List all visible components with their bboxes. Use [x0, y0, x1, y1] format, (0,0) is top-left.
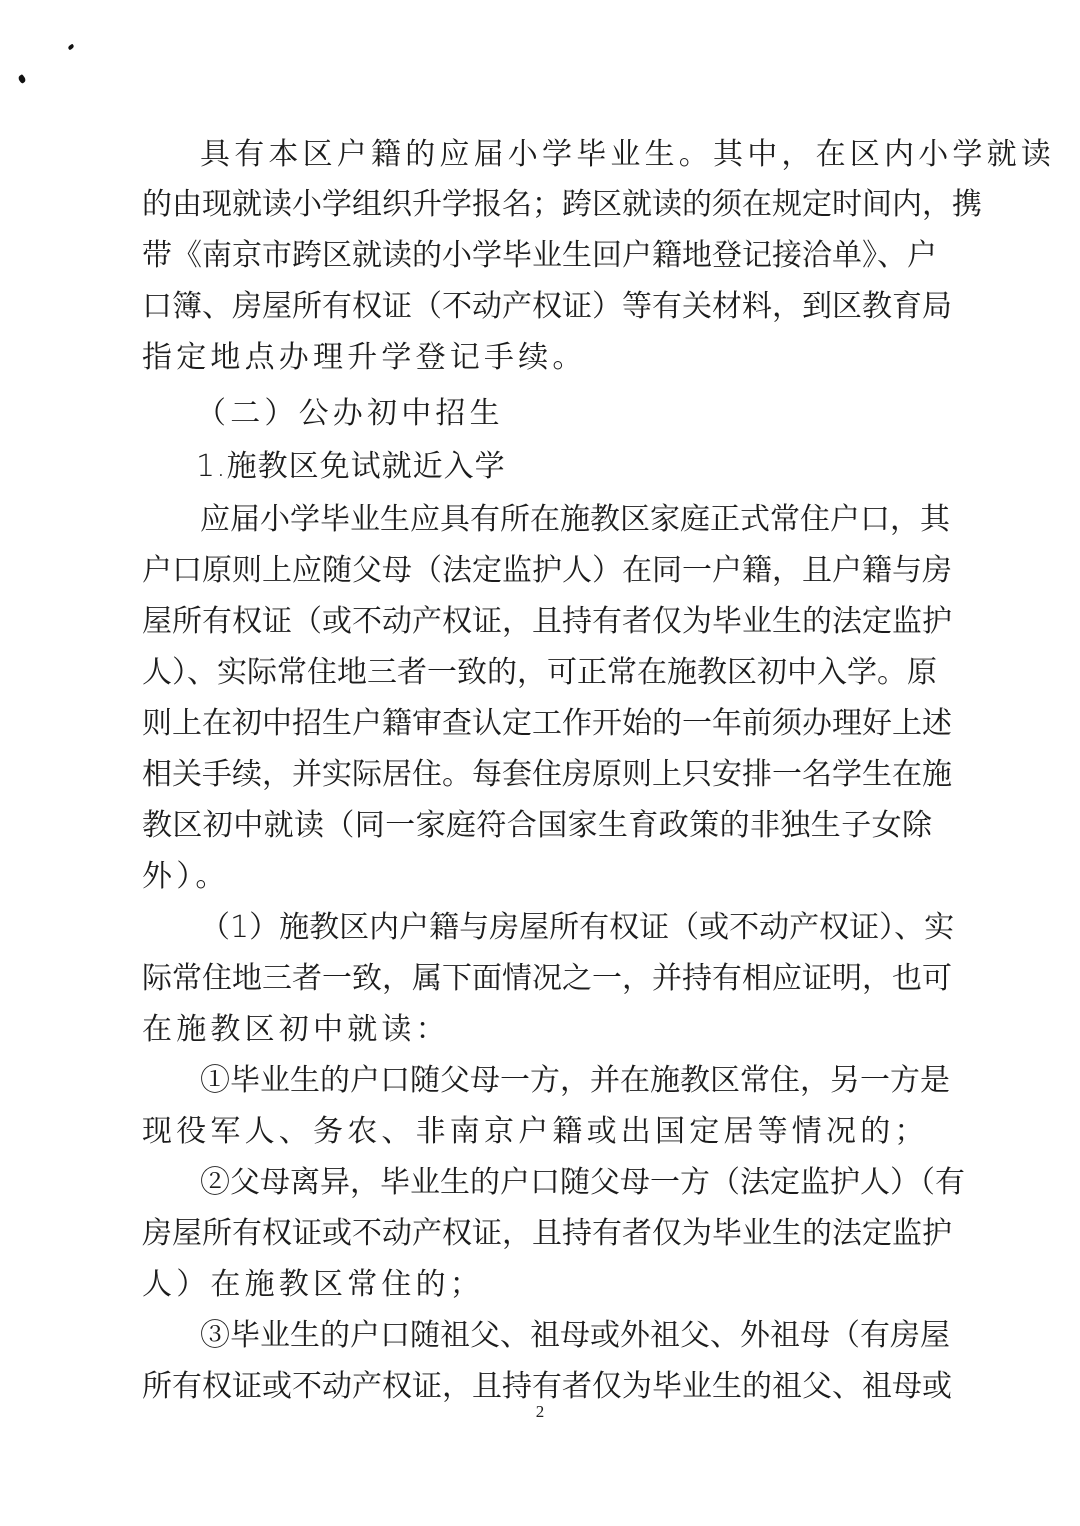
text-line: 屋所有权证（或不动产权证，且持有者仅为毕业生的法定监护 — [142, 602, 932, 642]
text-line: 教区初中就读（同一家庭符合国家生育政策的非独生子女除 — [142, 806, 932, 846]
text-line: 房屋所有权证或不动产权证，且持有者仅为毕业生的法定监护 — [142, 1214, 932, 1254]
page-number: 2 — [0, 1402, 1080, 1422]
text-line: 所有权证或不动产权证，且持有者仅为毕业生的祖父、祖母或 — [142, 1367, 932, 1407]
text-line: 口簿、房屋所有权证（不动产权证）等有关材料，到区教育局 — [142, 287, 932, 327]
text-line: 人）在施教区常住的； — [142, 1265, 932, 1305]
text-line: 的由现就读小学组织升学报名；跨区就读的须在规定时间内，携 — [142, 185, 932, 225]
text-line: 则上在初中招生户籍审查认定工作开始的一年前须办理好上述 — [142, 704, 932, 744]
list-item: ①毕业生的户口随父母一方，并在施教区常住，另一方是 — [200, 1061, 932, 1101]
scan-speck — [17, 74, 27, 84]
list-item: ②父母离异，毕业生的户口随父母一方（法定监护人）（有 — [200, 1163, 932, 1203]
text-line: 指定地点办理升学登记手续。 — [142, 338, 932, 378]
text-line: 际常住地三者一致，属下面情况之一，并持有相应证明，也可 — [142, 959, 932, 999]
text-line: 具有本区户籍的应届小学毕业生。其中，在区内小学就读 — [200, 135, 932, 175]
subsection-heading: 1.施教区免试就近入学 — [196, 447, 928, 487]
document-page: 具有本区户籍的应届小学毕业生。其中，在区内小学就读 的由现就读小学组织升学报名；… — [0, 0, 1080, 1526]
text-line: 在施教区初中就读： — [142, 1010, 932, 1050]
text-line: 应届小学毕业生应具有所在施教区家庭正式常住户口，其 — [200, 500, 932, 540]
text-line: 外）。 — [142, 857, 932, 897]
scan-speck — [67, 44, 74, 51]
text-line: 相关手续，并实际居住。每套住房原则上只安排一名学生在施 — [142, 755, 932, 795]
text-line: （1）施教区内户籍与房屋所有权证（或不动产权证）、实 — [200, 908, 932, 948]
text-line: 人）、实际常住地三者一致的，可正常在施教区初中入学。原 — [142, 653, 932, 693]
section-heading: （二）公办初中招生 — [196, 394, 928, 434]
text-line: 户口原则上应随父母（法定监护人）在同一户籍，且户籍与房 — [142, 551, 932, 591]
list-item: ③毕业生的户口随祖父、祖母或外祖父、外祖母（有房屋 — [200, 1316, 932, 1356]
text-line: 现役军人、务农、非南京户籍或出国定居等情况的； — [142, 1112, 932, 1152]
text-line: 带《南京市跨区就读的小学毕业生回户籍地登记接洽单》、户 — [142, 236, 932, 276]
